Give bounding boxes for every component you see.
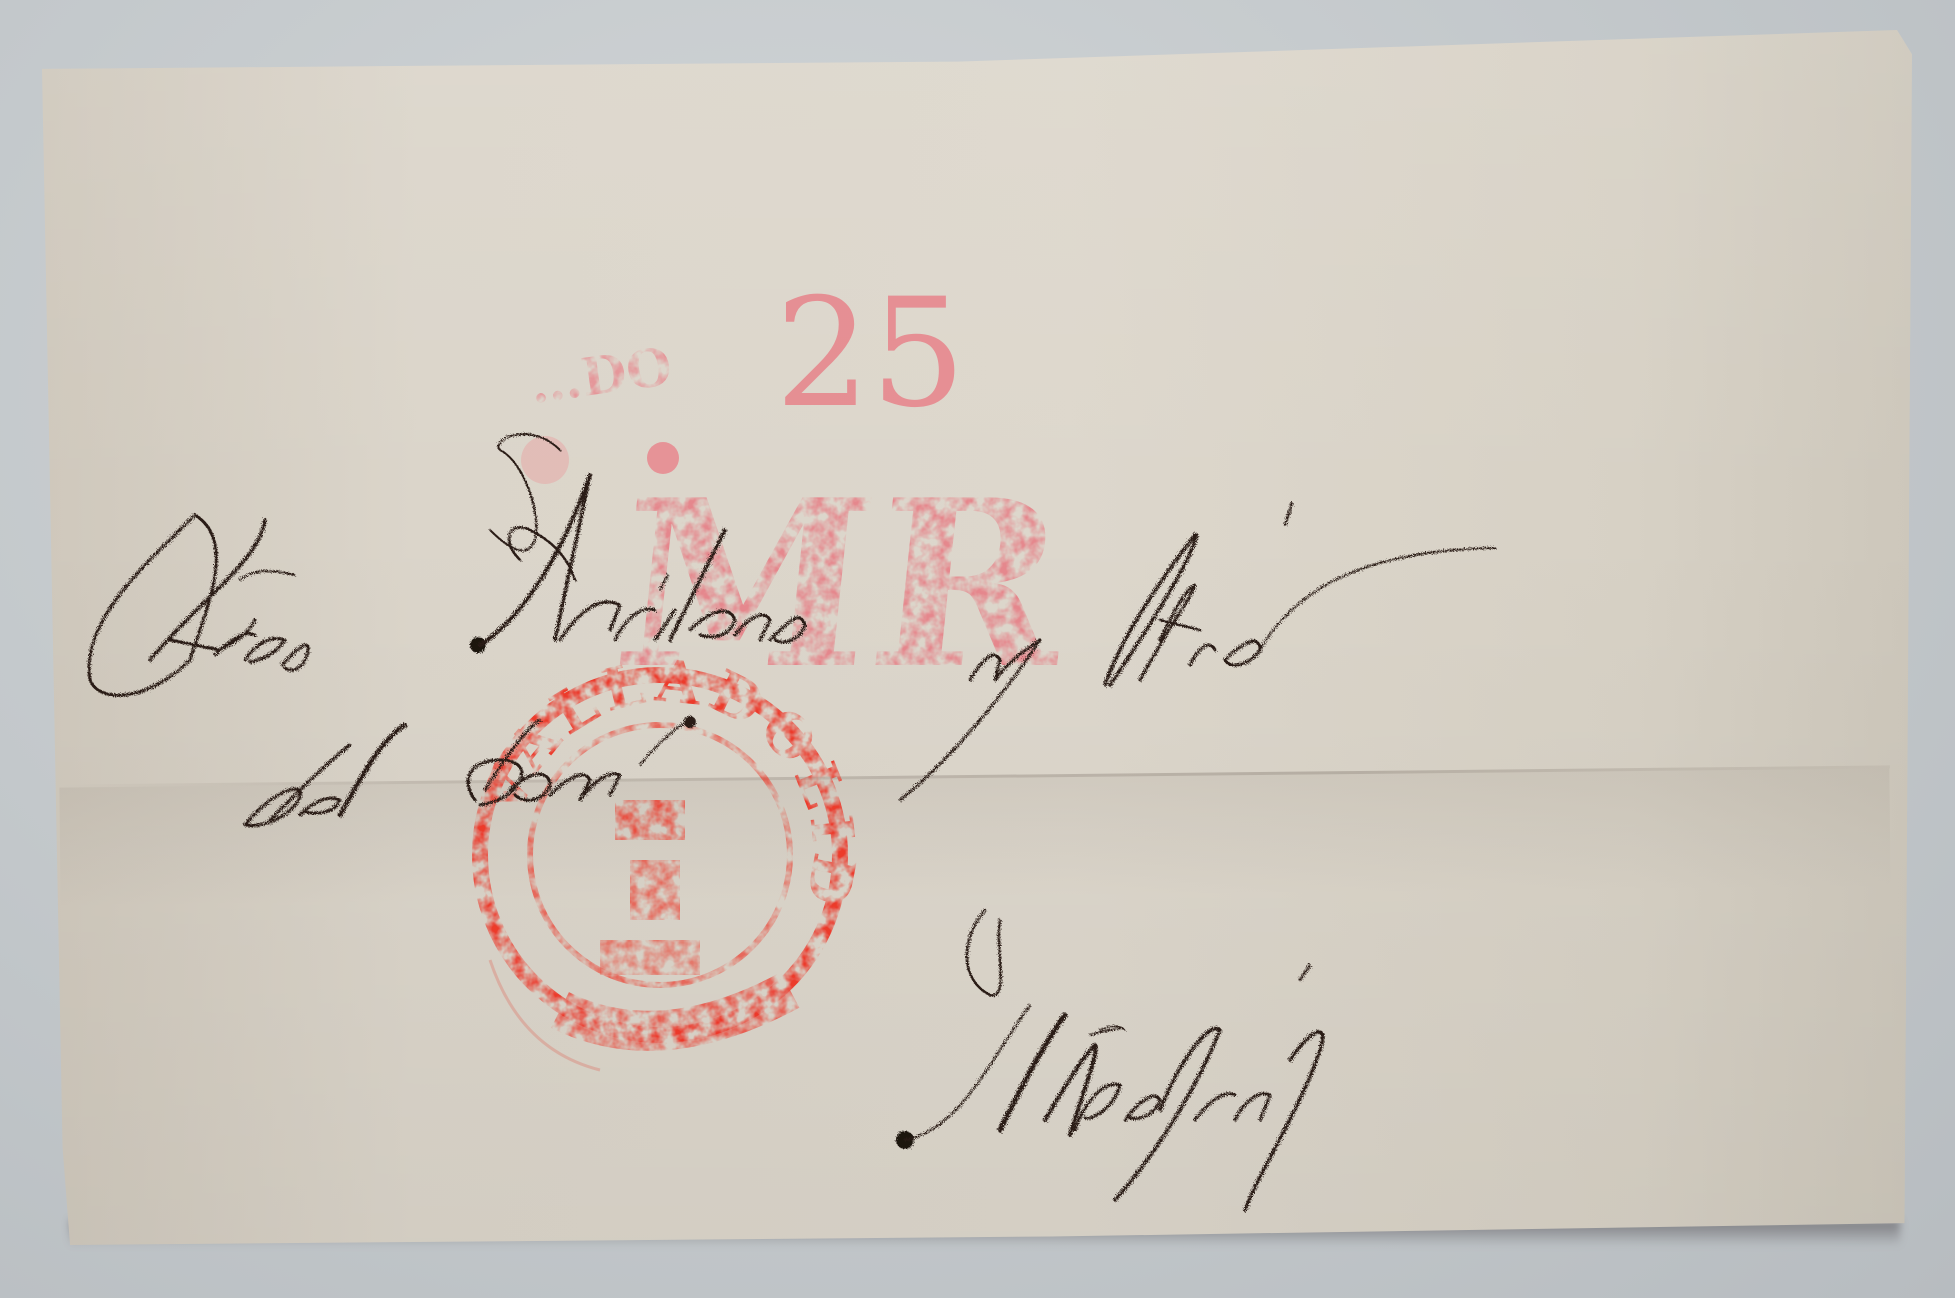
photo-scene: …DO 25 MR VALLADOLID bbox=[0, 0, 1955, 1298]
origin-fragment-mark: …DO bbox=[526, 336, 675, 416]
handwriting-sres bbox=[89, 515, 308, 695]
faded-smudge bbox=[521, 436, 569, 484]
handwriting-madrid bbox=[896, 910, 1323, 1210]
circular-datestamp: VALLADOLID bbox=[467, 646, 868, 1070]
letter-markings: …DO 25 MR VALLADOLID bbox=[0, 0, 1955, 1298]
svg-text:25: 25 bbox=[775, 267, 966, 441]
handwriting-rio bbox=[1105, 503, 1495, 685]
handwriting-del bbox=[245, 725, 405, 826]
svg-text:…DO: …DO bbox=[526, 336, 675, 416]
rate-mark-25: 25 bbox=[775, 267, 966, 441]
